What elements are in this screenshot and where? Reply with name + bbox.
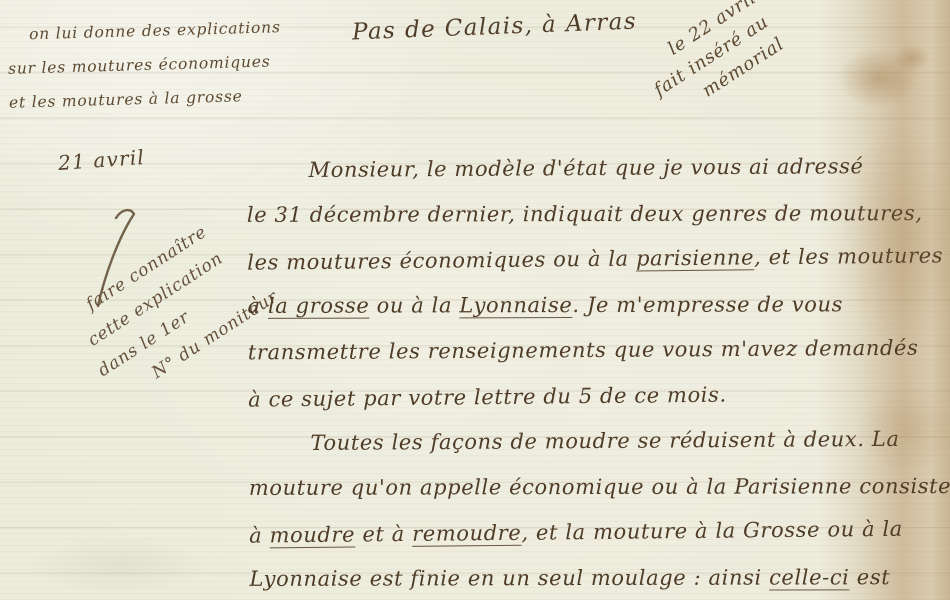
- body-line: Toutes les façons de moudre se réduisent…: [248, 417, 938, 467]
- body-line: Monsieur, le modèle d'état que je vous a…: [246, 144, 936, 194]
- manuscript-page: on lui donne des explicationssur les mou…: [0, 0, 950, 600]
- body-line: à ce sujet par votre lettre du 5 de ce m…: [248, 370, 938, 423]
- body-line: à moudre et à remoudre, et la mouture à …: [249, 506, 939, 559]
- body-line: transmettre les renseignements que vous …: [248, 326, 938, 376]
- body-line: mouture qu'on appelle économique ou à la…: [249, 464, 939, 511]
- body-line: le 31 décembre dernier, indiquait deux g…: [247, 191, 937, 238]
- insertion-note: le 22 avrilfait inséré aumémorial: [634, 0, 791, 126]
- margin-note-line: et les moutures à la grosse: [9, 78, 284, 120]
- place-dateline: Pas de Calais, à Arras: [352, 9, 638, 46]
- body-line: Lyonnaise est finie en un seul moulage :…: [249, 555, 939, 600]
- body-line: à la grosse ou à la Lyonnaise. Je m'empr…: [247, 282, 937, 329]
- margin-date: 21 avril: [57, 145, 145, 175]
- margin-summary-note: on lui donne des explicationssur les mou…: [7, 10, 283, 120]
- body-line: les moutures économiques ou à la parisie…: [247, 233, 937, 286]
- letter-body: Monsieur, le modèle d'état que je vous a…: [246, 144, 939, 600]
